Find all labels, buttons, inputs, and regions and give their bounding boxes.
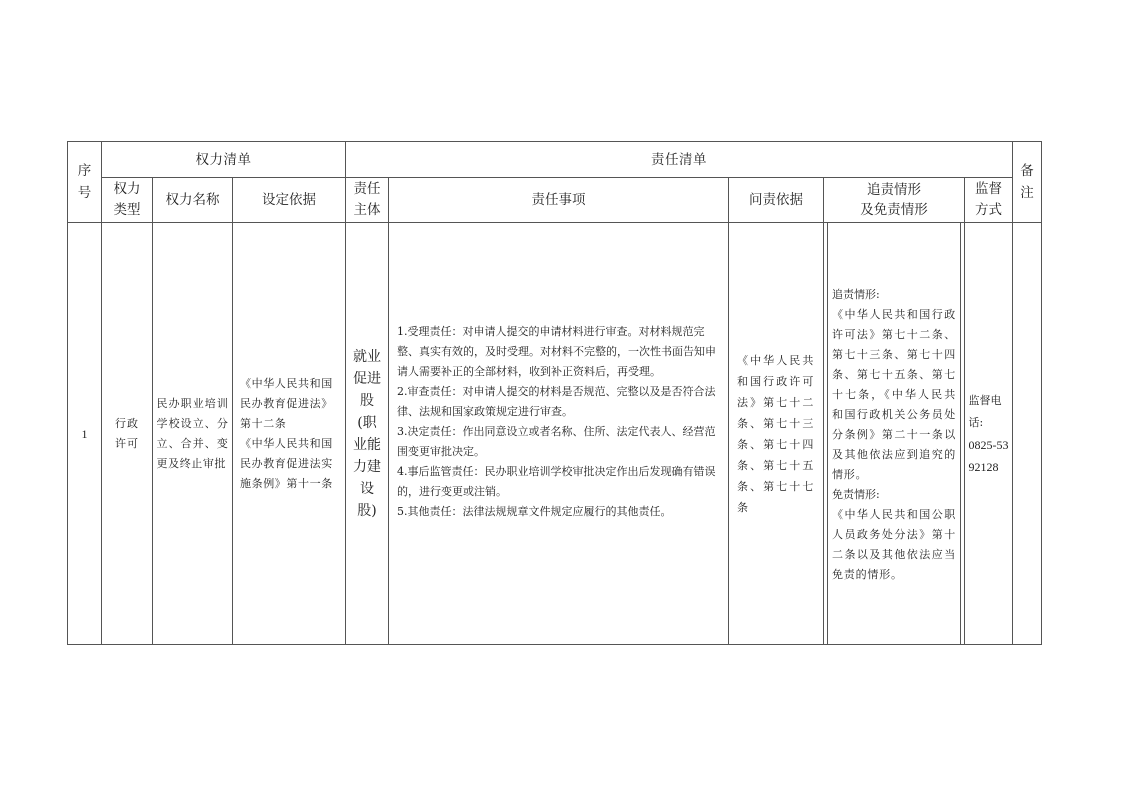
header-basis: 设定依据	[233, 178, 346, 223]
basis-item: 《中华人民共和国民办教育促进法》第十二条	[240, 374, 338, 434]
header-supervision-method: 监督方式	[965, 178, 1013, 223]
row-responsibility-items: 1.受理责任：对申请人提交的申请材料进行审查。对材料规范完整、真实有效的，及时受…	[389, 223, 729, 645]
accountability-text: 《中华人民共和国行政许可法》第七十二条、第七十三条、第七十四条、第七十五条、第七…	[832, 305, 956, 485]
responsibility-item: 4.事后监管责任：民办职业培训学校审批决定作出后发现确有错误的，进行变更或注销。	[397, 462, 722, 502]
basis-item: 《中华人民共和国民办教育促进法实施条例》第十一条	[240, 434, 338, 494]
header-accountability-exemption: 追责情形 及免责情形	[824, 178, 965, 223]
row-responsible-body: 就业促进股(职业能力建设股)	[346, 223, 389, 645]
row-power-name: 民办职业培训学校设立、分立、合并、变更及终止审批	[153, 223, 233, 645]
responsibility-item: 2.审查责任：对申请人提交的材料是否规范、完整以及是否符合法律、法规和国家政策规…	[397, 382, 722, 422]
header-power-list: 权力清单	[102, 142, 346, 178]
header-power-type: 权力类型	[102, 178, 153, 223]
row-remarks	[1013, 223, 1042, 645]
header-responsible-body: 责任主体	[346, 178, 389, 223]
row-seq: 1	[68, 223, 102, 645]
header-remarks: 备注	[1013, 142, 1042, 223]
header-accountability-basis: 问责依据	[729, 178, 824, 223]
row-accountability-exemption: 追责情形: 《中华人民共和国行政许可法》第七十二条、第七十三条、第七十四条、第七…	[824, 223, 965, 645]
header-responsibility-items: 责任事项	[389, 178, 729, 223]
exemption-label: 免责情形:	[832, 485, 956, 505]
table-row: 1 行政许可 民办职业培训学校设立、分立、合并、变更及终止审批 《中华人民共和国…	[68, 223, 1042, 645]
header-responsibility-list: 责任清单	[346, 142, 1013, 178]
document-page: 序号 权力清单 责任清单 备注 权力类型 权力名称 设定依据 责任主体 责任事项…	[0, 0, 1122, 793]
responsibility-item: 5.其他责任：法律法规规章文件规定应履行的其他责任。	[397, 502, 722, 522]
row-accountability-basis: 《中华人民共和国行政许可法》第七十二条、第七十三条、第七十四条、第七十五条、第七…	[729, 223, 824, 645]
row-power-type: 行政许可	[102, 223, 153, 645]
accountability-label: 追责情形:	[832, 285, 956, 305]
row-basis: 《中华人民共和国民办教育促进法》第十二条 《中华人民共和国民办教育促进法实施条例…	[233, 223, 346, 645]
supervision-phone: 0825-5392128	[969, 434, 1009, 478]
responsibility-item: 3.决定责任：作出同意设立或者名称、住所、法定代表人、经营范围变更审批决定。	[397, 422, 722, 462]
supervision-label: 监督电话:	[969, 390, 1009, 434]
header-power-name: 权力名称	[153, 178, 233, 223]
row-supervision: 监督电话: 0825-5392128	[965, 223, 1013, 645]
power-responsibility-table: 序号 权力清单 责任清单 备注 权力类型 权力名称 设定依据 责任主体 责任事项…	[67, 141, 1042, 645]
header-seq: 序号	[68, 142, 102, 223]
responsibility-item: 1.受理责任：对申请人提交的申请材料进行审查。对材料规范完整、真实有效的，及时受…	[397, 322, 722, 382]
exemption-text: 《中华人民共和国公职人员政务处分法》第十二条以及其他依法应当免责的情形。	[832, 505, 956, 585]
